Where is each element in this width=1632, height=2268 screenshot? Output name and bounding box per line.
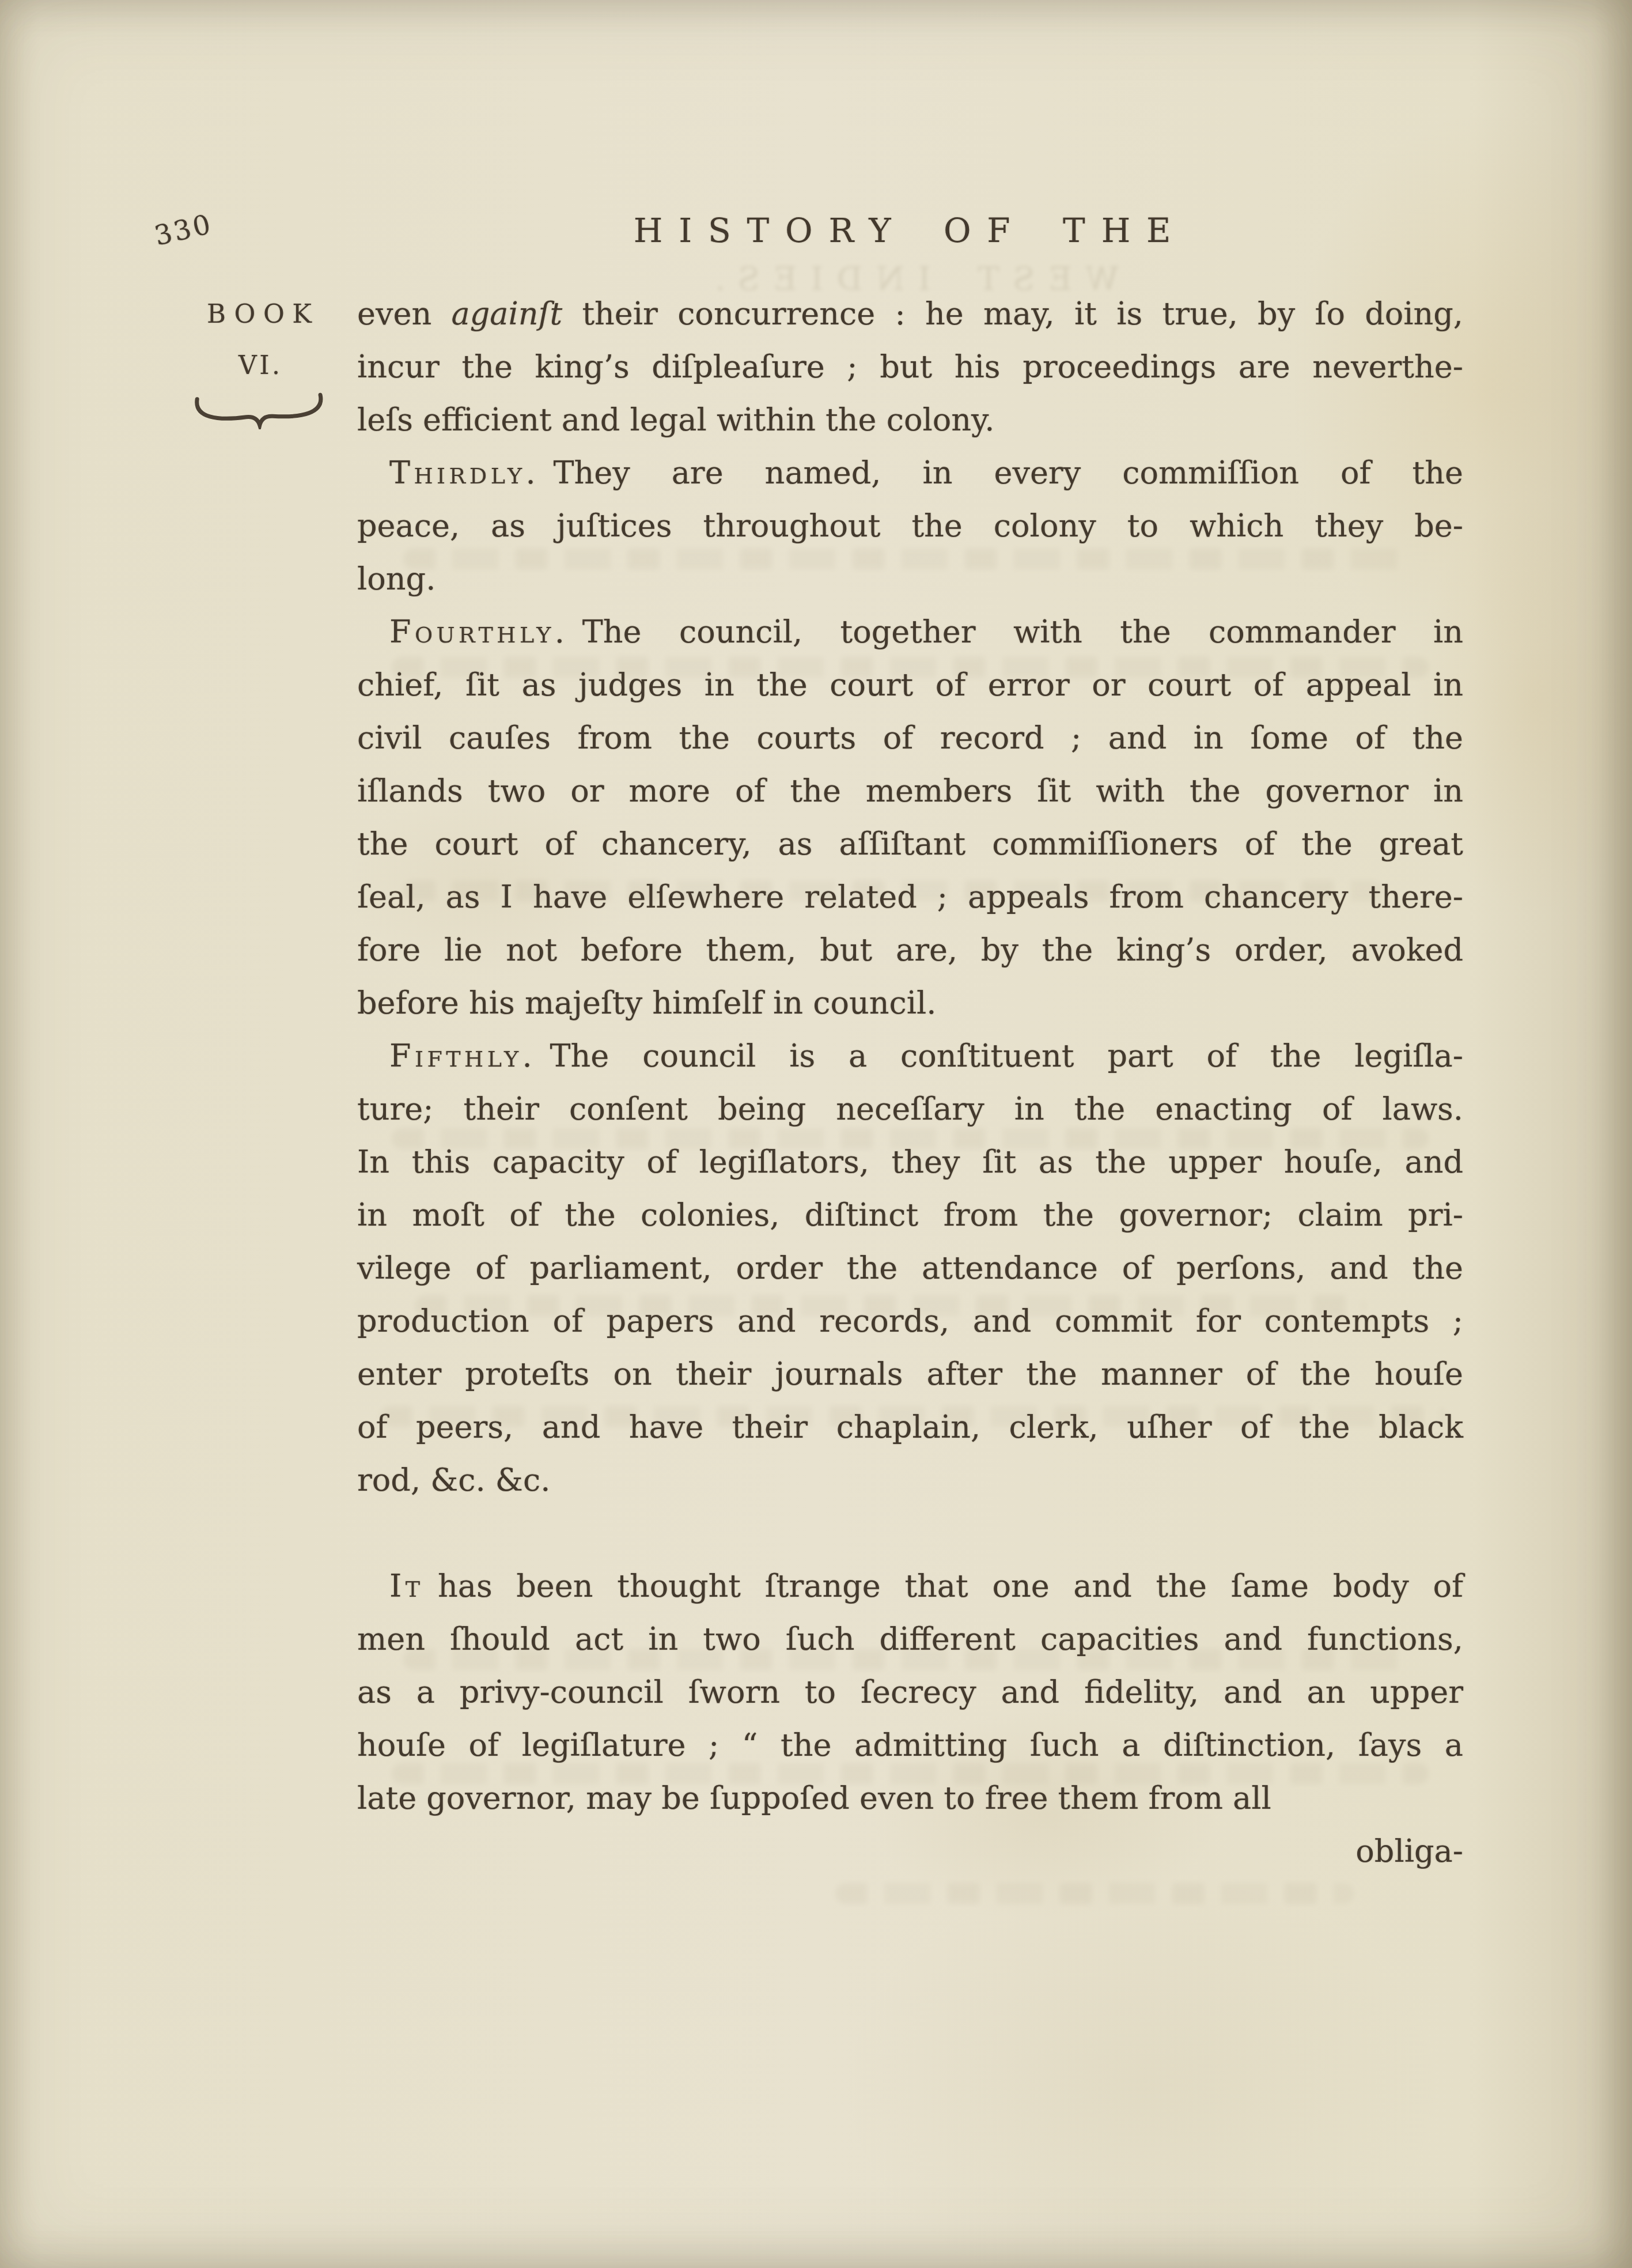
- book-label: BOOK: [190, 288, 328, 341]
- line-text: the court of chancery, as aſſiſtant comm…: [357, 826, 1463, 862]
- line-text: vilege of parliament, order the attendan…: [357, 1250, 1463, 1286]
- text-line: houſe of legiſlature ; “ the admitting ſ…: [357, 1719, 1463, 1772]
- line-text: as a privy-council ſworn to ſecrecy and …: [357, 1674, 1463, 1710]
- line-text: has been thought ſtrange that one and th…: [438, 1568, 1463, 1604]
- text-line: ture; their conſent being neceſſary in t…: [357, 1083, 1463, 1136]
- line-text: The council is a conſtituent part of the…: [550, 1038, 1463, 1074]
- text-line: chief, ſit as judges in the court of err…: [357, 659, 1463, 712]
- line-text: leſs efficient and legal within the colo…: [357, 402, 995, 438]
- lead-word: Thirdly.: [389, 455, 539, 491]
- line-text: late governor, may be ſuppoſed even to f…: [357, 1780, 1271, 1816]
- text-line: rod, &c. &c.: [357, 1454, 1463, 1507]
- line-text: of peers, and have their chaplain, clerk…: [357, 1409, 1463, 1445]
- book-page-scan: WEST INDIES. 330 HISTORY OF THE BOOK VI.…: [0, 0, 1632, 2268]
- text-line: in moſt of the colonies, diſtinct from t…: [357, 1189, 1463, 1242]
- text-line: enter proteſts on their journals after t…: [357, 1348, 1463, 1401]
- line-text: incur the king’s diſpleaſure ; but his p…: [357, 349, 1463, 385]
- text-line: vilege of parliament, order the attendan…: [357, 1242, 1463, 1295]
- page-number: 330: [152, 208, 215, 252]
- paragraph-gap: [357, 1507, 1463, 1560]
- text-line: men ſhould act in two ſuch different cap…: [357, 1613, 1463, 1666]
- text-line: peace, as juſtices throughout the colony…: [357, 500, 1463, 553]
- line-text: production of papers and records, and co…: [357, 1303, 1463, 1339]
- line-text: men ſhould act in two ſuch different cap…: [357, 1621, 1463, 1657]
- line-text: before his majeſty himſelf in council.: [357, 985, 936, 1021]
- text-line: Ithas been thought ſtrange that one and …: [357, 1560, 1463, 1613]
- line-text: chief, ſit as judges in the court of err…: [357, 667, 1463, 703]
- text-line: the court of chancery, as aſſiſtant comm…: [357, 818, 1463, 871]
- text-line: late governor, may be ſuppoſed even to f…: [357, 1772, 1463, 1825]
- lead-word: Fourthly.: [389, 614, 568, 650]
- line-text: In this capacity of legiſlators, they ſi…: [357, 1144, 1463, 1180]
- text-line: civil cauſes from the courts of record ;…: [357, 712, 1463, 765]
- paragraph: Fifthly.The council is a conſtituent par…: [357, 1030, 1463, 1507]
- line-text: iſlands two or more of the members ſit w…: [357, 773, 1463, 809]
- line-text: civil cauſes from the courts of record ;…: [357, 720, 1463, 756]
- brace-icon: [190, 390, 329, 434]
- text-line: leſs efficient and legal within the colo…: [357, 394, 1463, 447]
- line-text: peace, as juſtices throughout the colony…: [357, 508, 1463, 544]
- text-line: long.: [357, 553, 1463, 606]
- running-header: HISTORY OF THE: [357, 211, 1463, 250]
- text-line: Fifthly.The council is a conſtituent par…: [357, 1030, 1463, 1083]
- line-text: They are named, in every commiſſion of t…: [553, 455, 1463, 491]
- line-text: even: [357, 296, 451, 332]
- text-line: ſeal, as I have elſewhere related ; appe…: [357, 871, 1463, 924]
- paragraph: Fourthly.The council, together with the …: [357, 606, 1463, 1030]
- text-line: of peers, and have their chaplain, clerk…: [357, 1401, 1463, 1454]
- line-text: enter proteſts on their journals after t…: [357, 1356, 1463, 1392]
- lead-word: It: [389, 1568, 424, 1604]
- show-through-smudge: [835, 1883, 1354, 1904]
- line-text: their concurrence : he may, it is true, …: [562, 296, 1463, 332]
- text-line: incur the king’s diſpleaſure ; but his p…: [357, 341, 1463, 394]
- line-text: ture; their conſent being neceſſary in t…: [357, 1091, 1463, 1127]
- catchword: obliga-: [1355, 1833, 1463, 1869]
- text-line: Fourthly.The council, together with the …: [357, 606, 1463, 659]
- paragraph: Ithas been thought ſtrange that one and …: [357, 1560, 1463, 1825]
- text-line: production of papers and records, and co…: [357, 1295, 1463, 1348]
- line-text: fore lie not before them, but are, by th…: [357, 932, 1463, 968]
- text-line: In this capacity of legiſlators, they ſi…: [357, 1136, 1463, 1189]
- text-line: as a privy-council ſworn to ſecrecy and …: [357, 1666, 1463, 1719]
- text-line: Thirdly.They are named, in every commiſſ…: [357, 447, 1463, 500]
- line-text: The council, together with the commander…: [582, 614, 1463, 650]
- line-text: ſeal, as I have elſewhere related ; appe…: [357, 879, 1463, 915]
- paragraph: even againſt their concurrence : he may,…: [357, 288, 1463, 447]
- lead-word: Fifthly.: [389, 1038, 536, 1074]
- text-line: even againſt their concurrence : he may,…: [357, 288, 1463, 341]
- paragraph: Thirdly.They are named, in every commiſſ…: [357, 447, 1463, 606]
- catchword-line: obliga-: [357, 1825, 1463, 1878]
- margin-note: BOOK VI.: [190, 288, 328, 432]
- line-text: in moſt of the colonies, diſtinct from t…: [357, 1197, 1463, 1233]
- text-line: fore lie not before them, but are, by th…: [357, 924, 1463, 977]
- text-line: iſlands two or more of the members ſit w…: [357, 765, 1463, 818]
- italic-word: againſt: [451, 296, 562, 332]
- line-text: houſe of legiſlature ; “ the admitting ſ…: [357, 1727, 1463, 1763]
- volume-label: VI.: [190, 341, 328, 391]
- line-text: long.: [357, 561, 436, 597]
- text-line: before his majeſty himſelf in council.: [357, 977, 1463, 1030]
- body-column: even againſt their concurrence : he may,…: [357, 288, 1463, 1878]
- line-text: rod, &c. &c.: [357, 1462, 550, 1498]
